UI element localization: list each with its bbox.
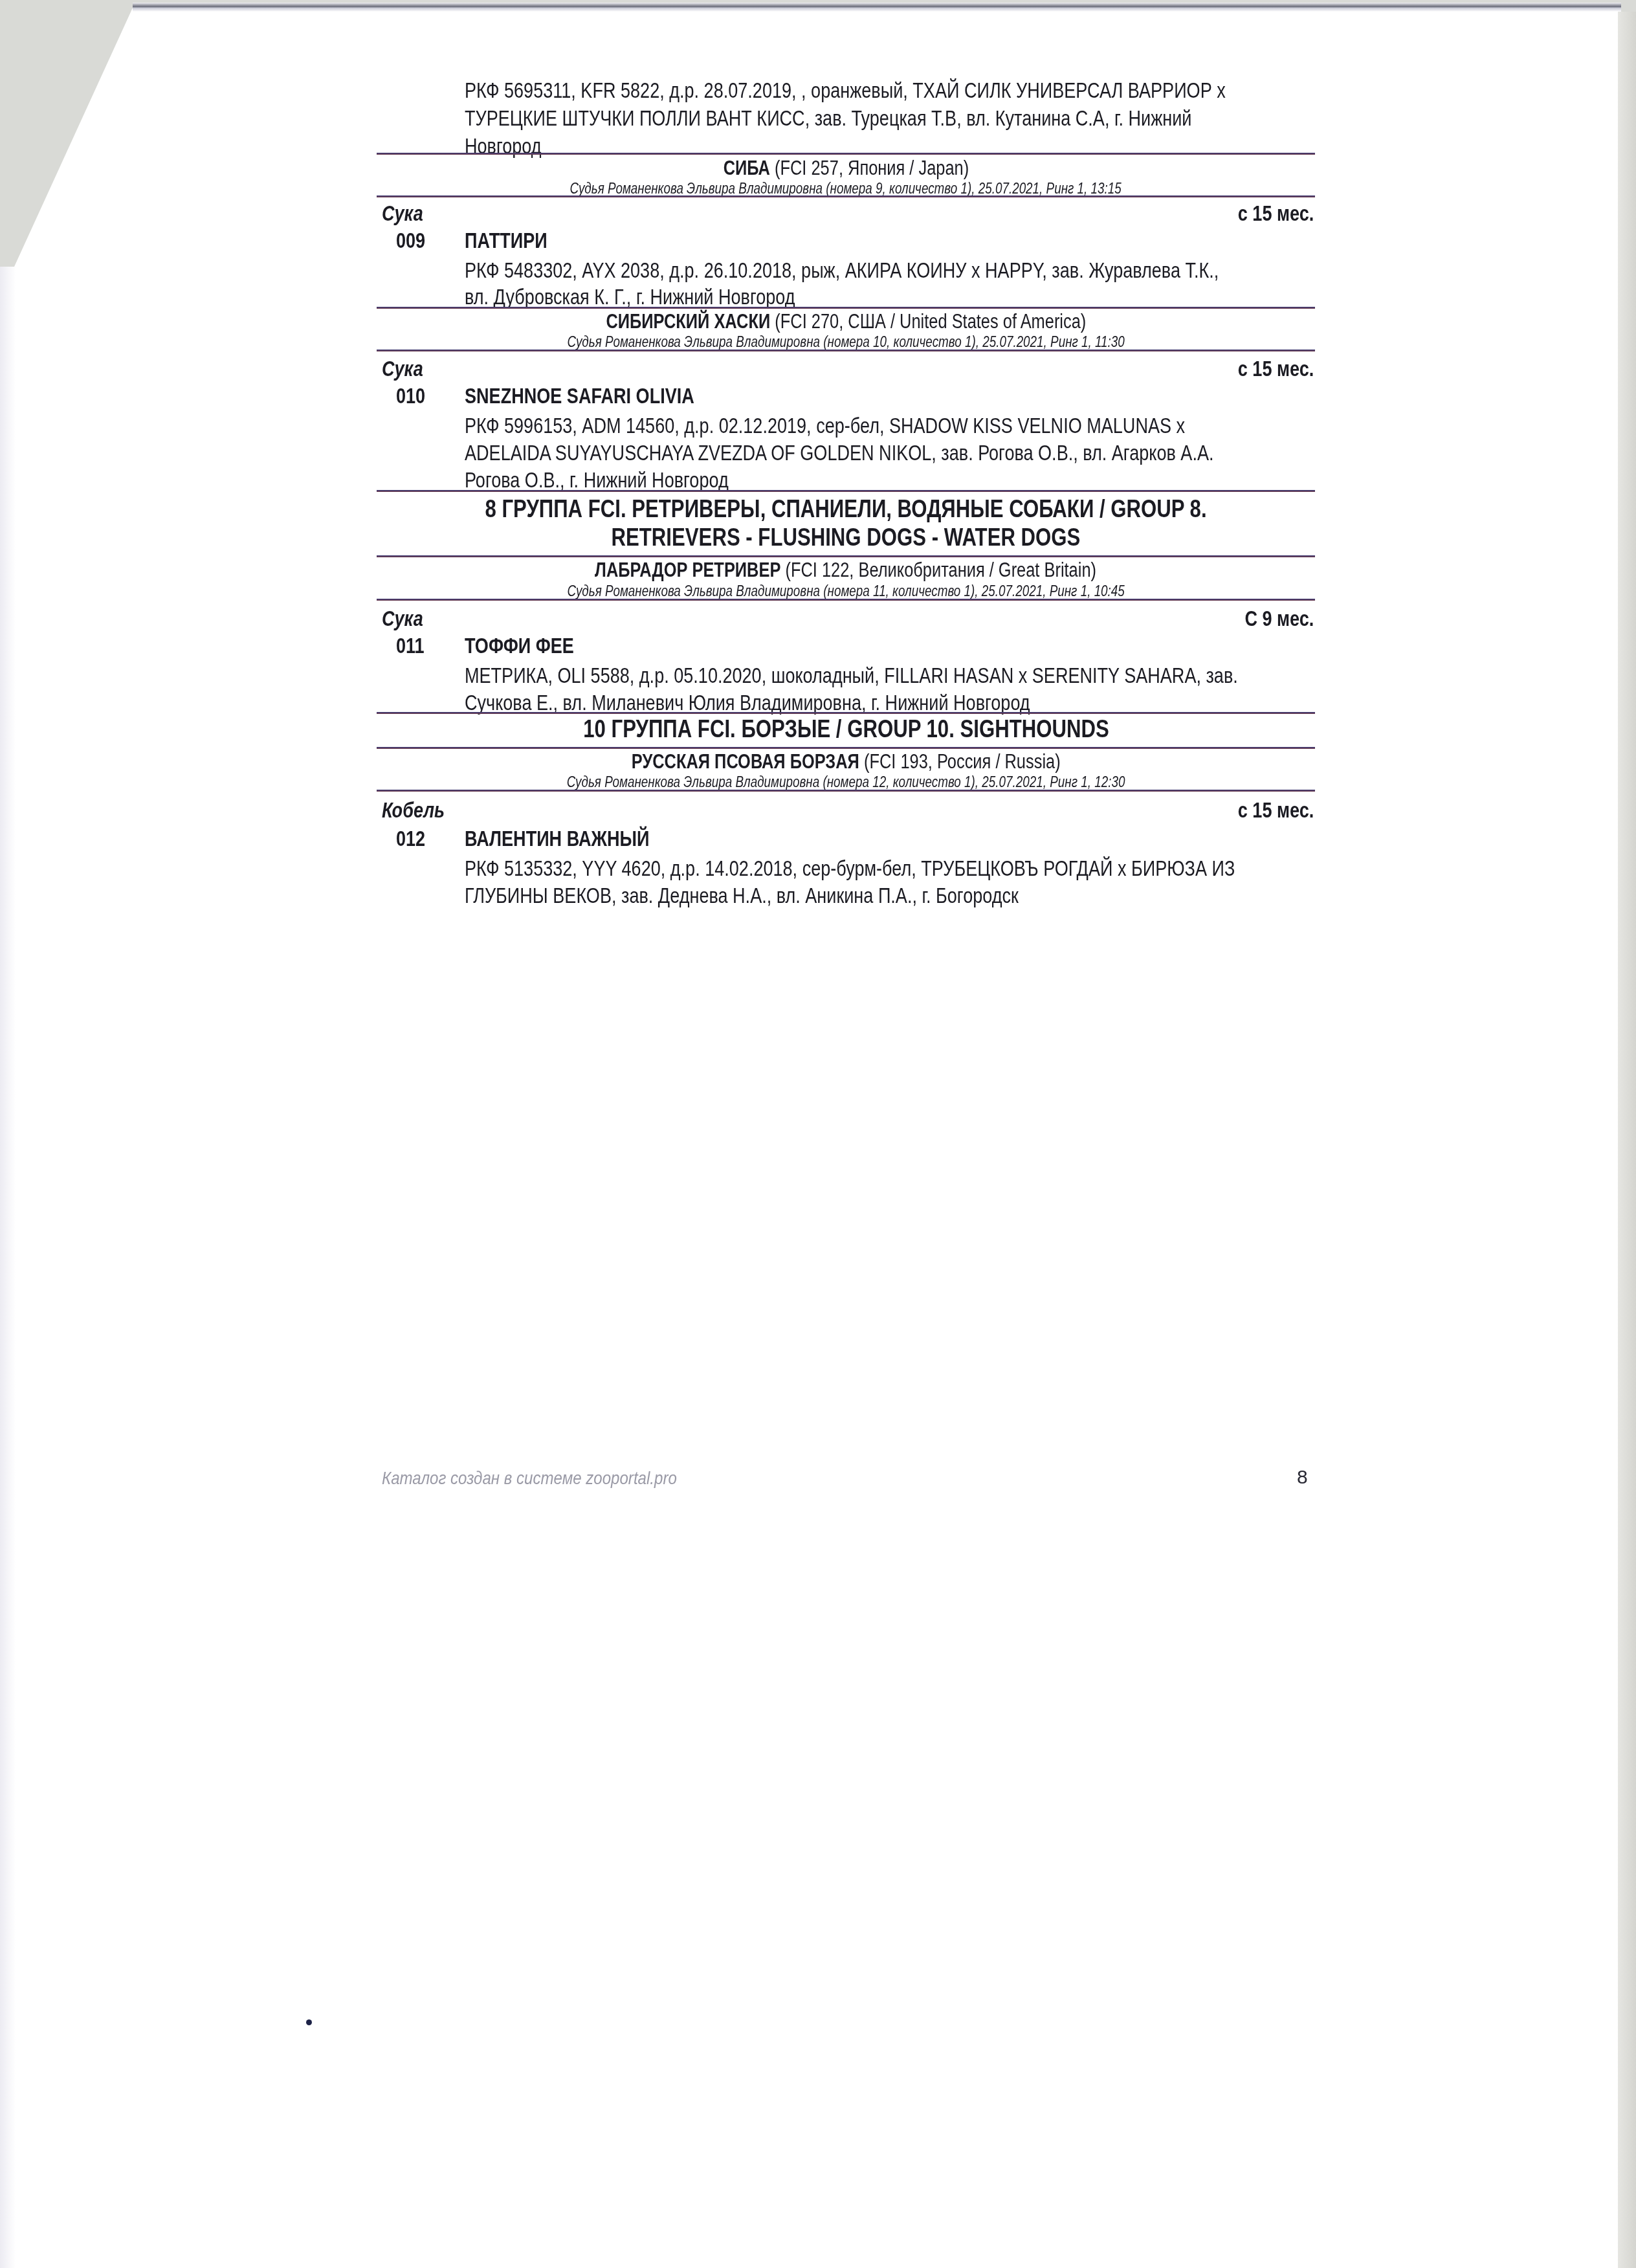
entry-number: 011 <box>396 633 425 659</box>
breed-info: (FCI 193, Россия / Russia) <box>859 750 1061 773</box>
class-sex: Сука <box>382 606 423 632</box>
entry-detail-line: ГЛУБИНЫ ВЕКОВ, зав. Деднева Н.А., вл. Ан… <box>465 882 1019 909</box>
dog-name: ТОФФИ ФЕЕ <box>465 633 574 659</box>
breed-name: ЛАБРАДОР РЕТРИВЕР <box>595 559 781 581</box>
breed-info: (FCI 270, США / United States of America… <box>770 310 1086 333</box>
class-sex: Сука <box>382 356 423 382</box>
group-title-line: RETRIEVERS - FLUSHING DOGS - WATER DOGS <box>612 523 1081 553</box>
divider <box>377 195 1315 197</box>
breed-name: СИБА <box>723 157 769 179</box>
divider <box>377 307 1315 309</box>
entry-detail-line: ADELAIDA SUYAYUSCHAYA ZVEZDA OF GOLDEN N… <box>465 439 1213 467</box>
divider <box>377 490 1315 492</box>
class-age: с 15 мес. <box>1238 201 1314 227</box>
divider <box>377 555 1315 557</box>
class-age: с 15 мес. <box>1238 797 1314 823</box>
judge-line: Судья Романенкова Эльвира Владимировна (… <box>377 332 1315 351</box>
entry-detail-line: МЕТРИКА, OLI 5588, д.р. 05.10.2020, шоко… <box>465 661 1238 689</box>
divider <box>377 350 1315 351</box>
breed-header: СИБА (FCI 257, Япония / Japan) <box>377 156 1315 181</box>
judge-line: Судья Романенкова Эльвира Владимировна (… <box>377 581 1315 601</box>
paper-right-edge <box>1618 12 1636 2268</box>
breed-name: РУССКАЯ ПСОВАЯ БОРЗАЯ <box>632 750 859 773</box>
divider <box>377 747 1315 749</box>
entry-number: 009 <box>396 228 425 254</box>
page-number: 8 <box>1297 1467 1308 1489</box>
paper-top-edge <box>133 3 1621 12</box>
class-sex: Кобель <box>382 797 445 823</box>
judge-text: Судья Романенкова Эльвира Владимировна (… <box>567 581 1124 601</box>
breed-header: СИБИРСКИЙ ХАСКИ (FCI 270, США / United S… <box>377 309 1315 334</box>
group-title-line: 8 ГРУППА FCI. РЕТРИВЕРЫ, СПАНИЕЛИ, ВОДЯН… <box>485 495 1206 524</box>
dog-name: SNEZHNOE SAFARI OLIVIA <box>465 383 694 409</box>
entry-number: 010 <box>396 383 425 409</box>
entry-detail-line: РКФ 5135332, YYY 4620, д.р. 14.02.2018, … <box>465 854 1235 882</box>
footer-credit: Каталог создан в системе zooportal.pro <box>382 1468 677 1489</box>
group-title-line: 10 ГРУППА FCI. БОРЗЫЕ / GROUP 10. SIGHTH… <box>583 715 1109 744</box>
group-title: RETRIEVERS - FLUSHING DOGS - WATER DOGS <box>377 523 1315 553</box>
entry-detail-line: РКФ 5483302, AYX 2038, д.р. 26.10.2018, … <box>465 256 1219 284</box>
breed-header: ЛАБРАДОР РЕТРИВЕР (FCI 122, Великобритан… <box>377 558 1315 583</box>
group-title: 8 ГРУППА FCI. РЕТРИВЕРЫ, СПАНИЕЛИ, ВОДЯН… <box>377 495 1315 524</box>
paper-left-edge <box>0 267 16 2268</box>
divider <box>377 790 1315 792</box>
divider <box>377 712 1315 714</box>
judge-text: Судья Романенкова Эльвира Владимировна (… <box>567 332 1124 351</box>
entry-detail-line: РКФ 5996153, ADM 14560, д.р. 02.12.2019,… <box>465 412 1185 439</box>
breed-info: (FCI 257, Япония / Japan) <box>770 157 969 179</box>
class-age: С 9 мес. <box>1244 606 1314 632</box>
divider <box>377 599 1315 601</box>
judge-line: Судья Романенкова Эльвира Владимировна (… <box>377 772 1315 792</box>
judge-text: Судья Романенкова Эльвира Владимировна (… <box>567 772 1125 792</box>
divider <box>377 153 1315 155</box>
dog-name: ВАЛЕНТИН ВАЖНЫЙ <box>465 826 649 852</box>
class-age: с 15 мес. <box>1238 356 1314 382</box>
breed-name: СИБИРСКИЙ ХАСКИ <box>606 310 770 333</box>
breed-header: РУССКАЯ ПСОВАЯ БОРЗАЯ (FCI 193, Россия /… <box>377 750 1315 774</box>
entry-number: 012 <box>396 826 425 852</box>
group-title: 10 ГРУППА FCI. БОРЗЫЕ / GROUP 10. SIGHTH… <box>377 715 1315 744</box>
entry-detail-line: ТУРЕЦКИЕ ШТУЧКИ ПОЛЛИ ВАНТ КИСС, зав. Ту… <box>465 104 1191 132</box>
entry-detail-line: РКФ 5695311, KFR 5822, д.р. 28.07.2019, … <box>465 76 1226 104</box>
breed-info: (FCI 122, Великобритания / Great Britain… <box>781 559 1097 581</box>
class-sex: Сука <box>382 201 423 227</box>
scan-speck <box>306 2019 312 2025</box>
dog-name: ПАТТИРИ <box>465 228 547 254</box>
